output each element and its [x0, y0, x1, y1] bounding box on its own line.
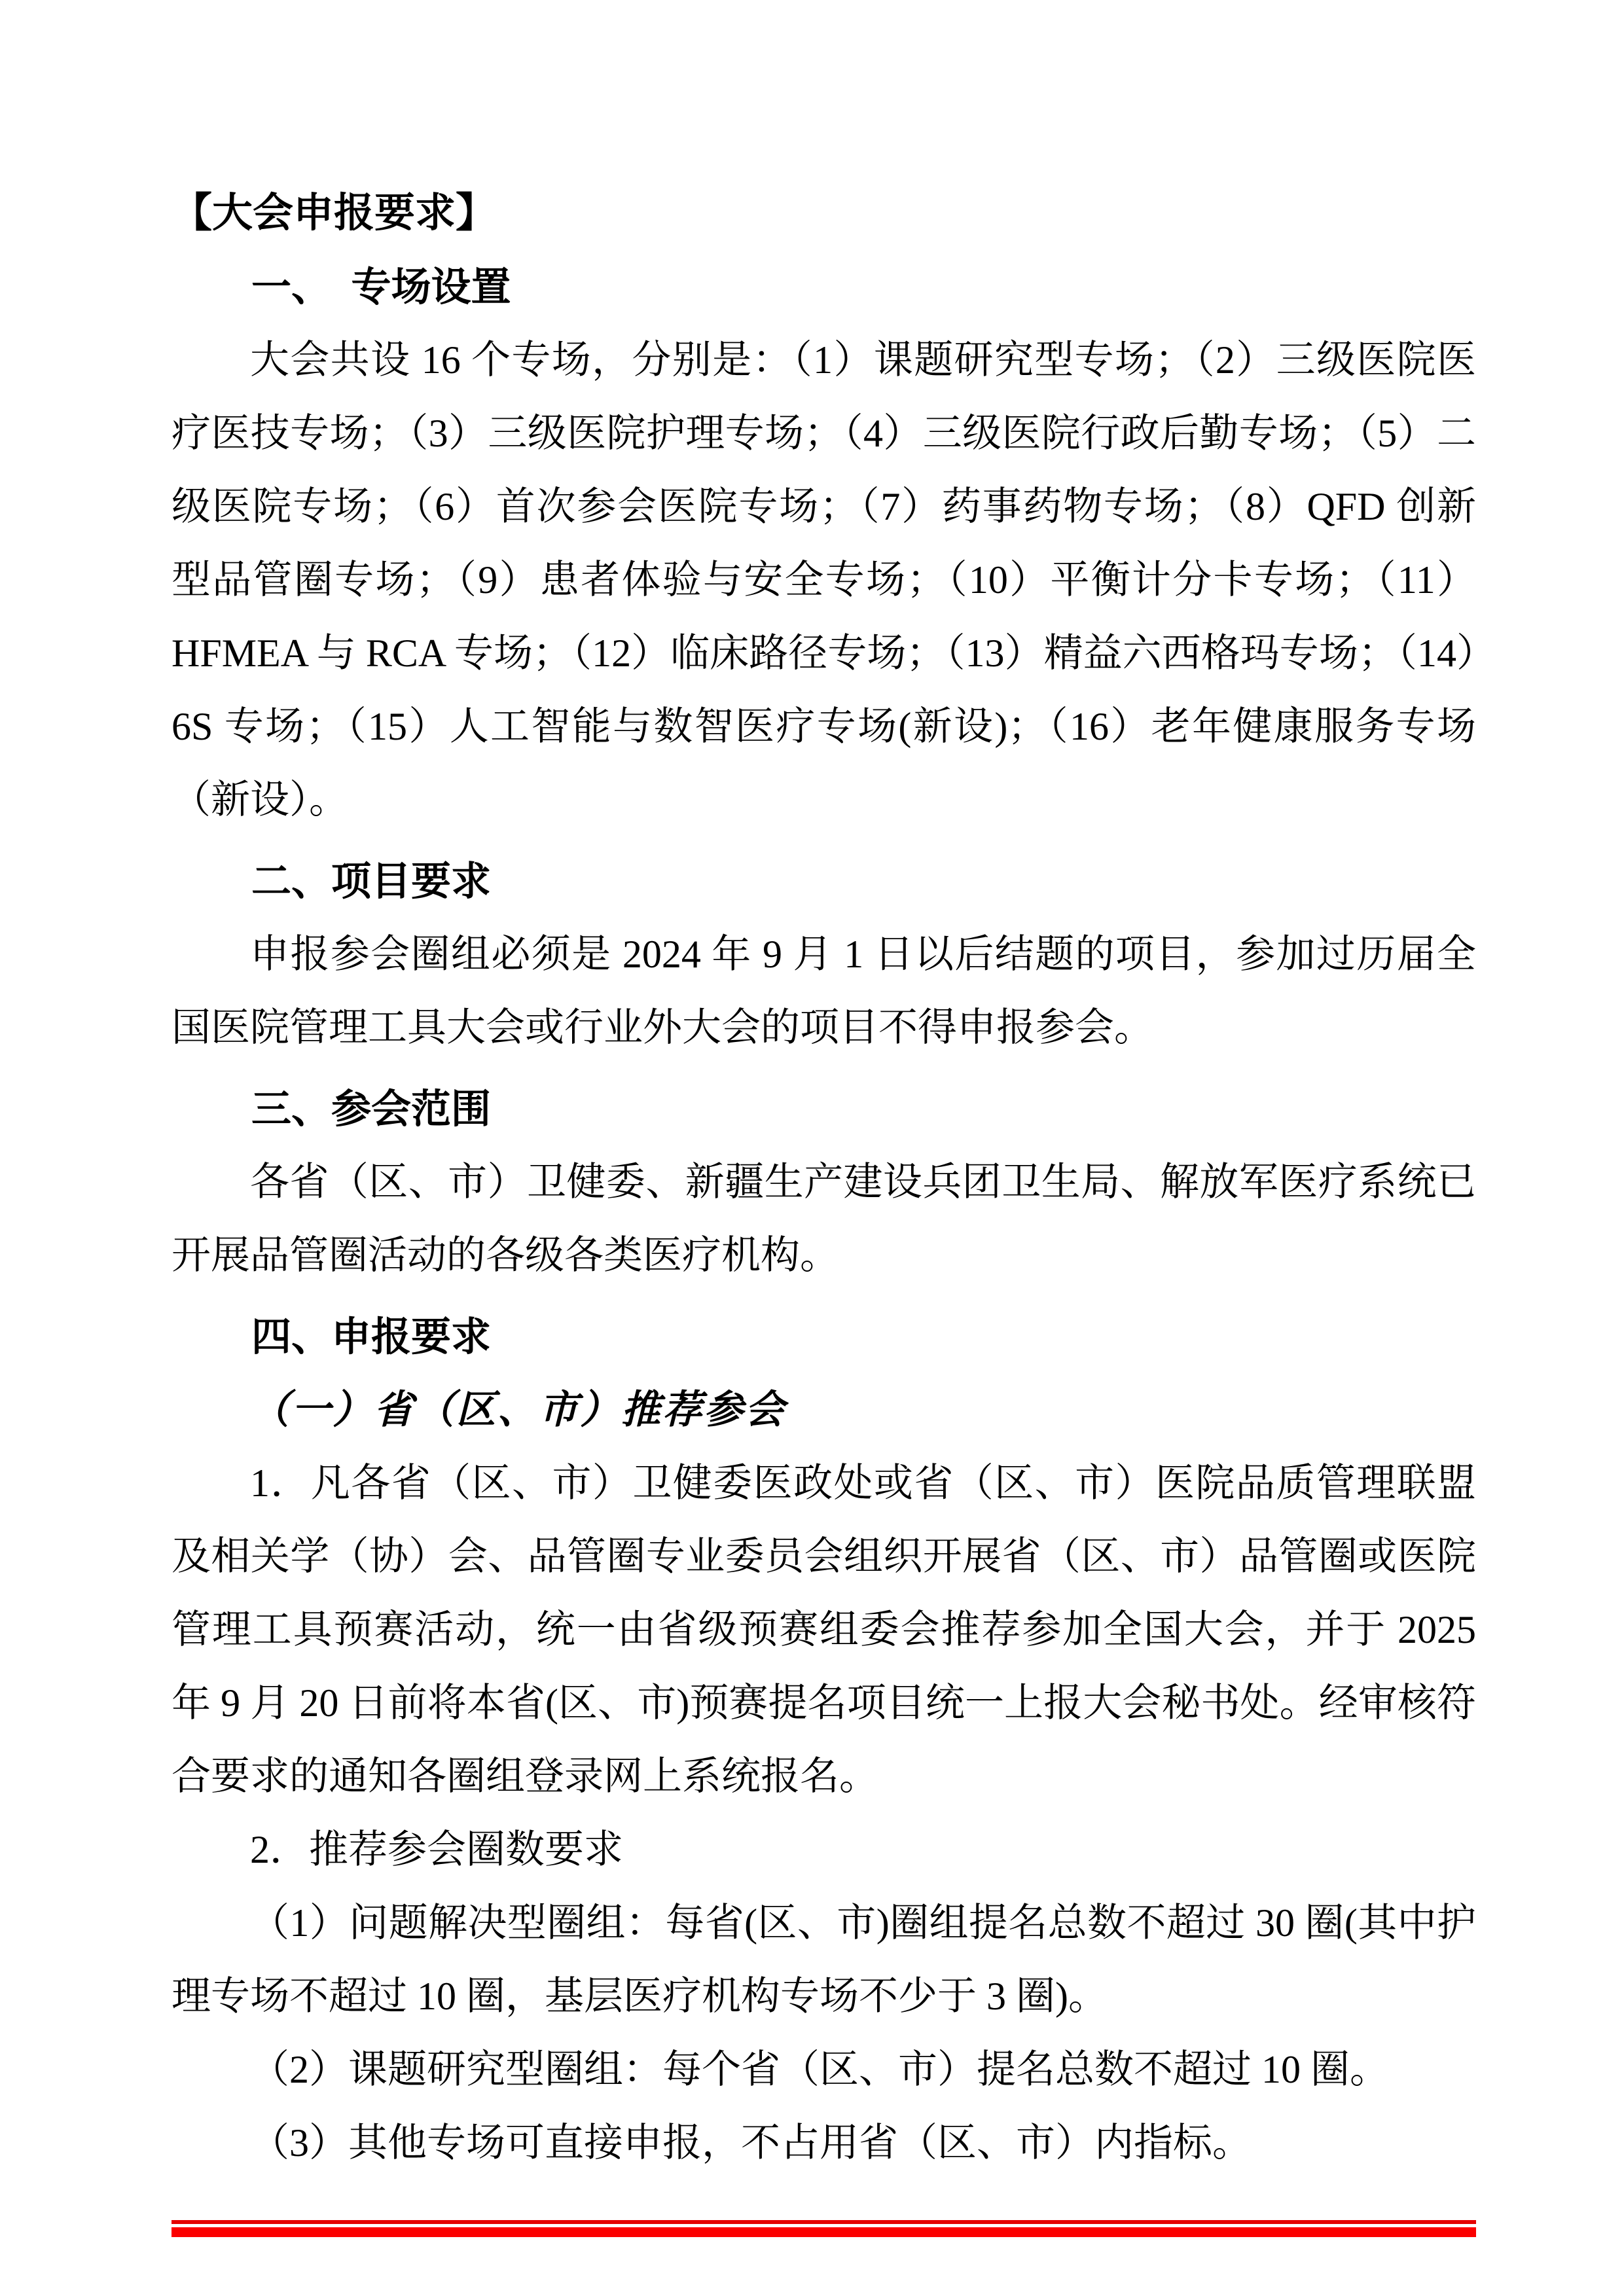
document-page: 【大会申报要求】 一、 专场设置 大会共设 16 个专场，分别是：（1）课题研究…	[0, 0, 1624, 2296]
section4-paragraph-4: （2）课题研究型圈组：每个省（区、市）提名总数不超过 10 圈。	[171, 2033, 1476, 2106]
section2-heading: 二、项目要求	[171, 844, 1476, 918]
section3-heading: 三、参会范围	[171, 1072, 1476, 1145]
doc-title: 【大会申报要求】	[171, 177, 1476, 250]
section1-heading: 一、 专场设置	[171, 250, 1476, 323]
footer-rule-thick	[171, 2227, 1476, 2237]
section4-paragraph-3: （1）问题解决型圈组：每省(区、市)圈组提名总数不超过 30 圈(其中护理专场不…	[171, 1886, 1476, 2033]
section3-paragraph: 各省（区、市）卫健委、新疆生产建设兵团卫生局、解放军医疗系统已开展品管圈活动的各…	[171, 1145, 1476, 1292]
section4-paragraph-2: 2．推荐参会圈数要求	[171, 1813, 1476, 1886]
section4-paragraph-5: （3）其他专场可直接申报，不占用省（区、市）内指标。	[171, 2106, 1476, 2179]
section1-paragraph: 大会共设 16 个专场，分别是：（1）课题研究型专场；（2）三级医院医疗医技专场…	[171, 323, 1476, 836]
section2-paragraph: 申报参会圈组必须是 2024 年 9 月 1 日以后结题的项目，参加过历届全国医…	[171, 918, 1476, 1064]
footer-rule-thin	[171, 2220, 1476, 2224]
section4-paragraph-1: 1．凡各省（区、市）卫健委医政处或省（区、市）医院品质管理联盟及相关学（协）会、…	[171, 1446, 1476, 1813]
section4-subheading-1: （一）省（区、市）推荐参会	[171, 1373, 1476, 1446]
section4-heading: 四、申报要求	[171, 1300, 1476, 1373]
